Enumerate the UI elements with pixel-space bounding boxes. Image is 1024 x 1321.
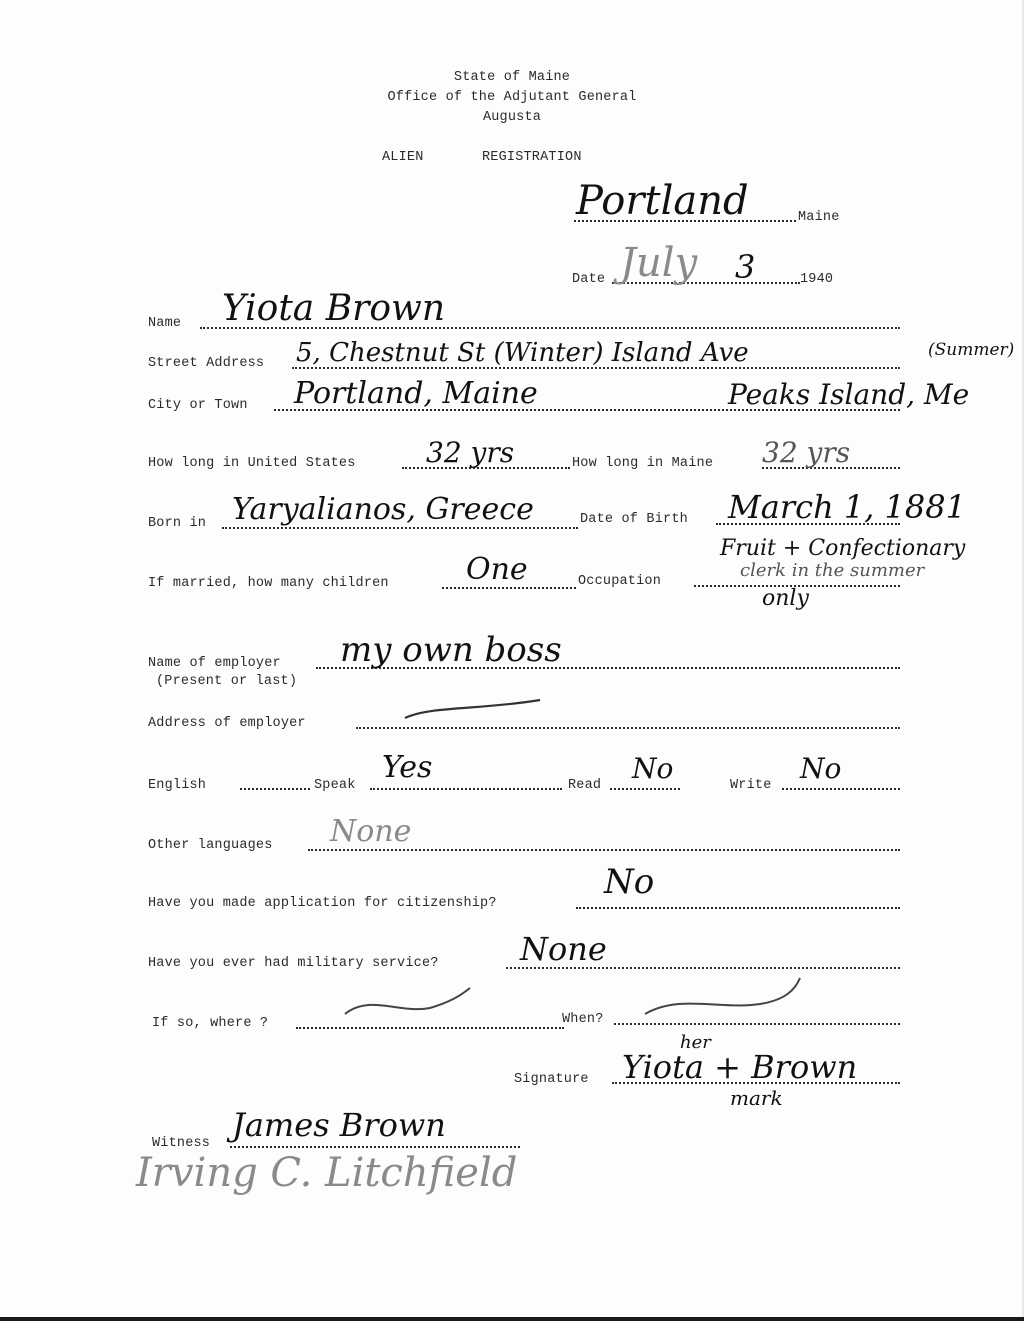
english-read-label: Read (568, 778, 601, 794)
occupation-line3: only (762, 586, 809, 611)
dob-value[interactable]: March 1, 1881 (728, 488, 966, 526)
employer-sublabel: (Present or last) (156, 674, 297, 690)
occupation-line2: clerk in the summer (740, 560, 924, 581)
children-value[interactable]: One (466, 552, 528, 587)
place-suffix: Maine (798, 210, 840, 226)
english-dotted-line (240, 784, 310, 790)
date-year: 1940 (800, 272, 833, 288)
english-write-label: Write (730, 778, 772, 794)
signature-below: mark (730, 1086, 783, 1110)
english-speak-label: Speak (314, 778, 356, 794)
date-day: 3 (735, 248, 755, 286)
employer-value[interactable]: my own boss (340, 630, 562, 670)
where-label: If so, where ? (152, 1016, 268, 1032)
citizenship-value[interactable]: No (604, 862, 654, 902)
employer-label: Name of employer (148, 656, 281, 672)
witness-value-2: Irving C. Litchfield (136, 1150, 517, 1196)
citizenship-label: Have you made application for citizenshi… (148, 896, 497, 912)
english-write-value[interactable]: No (800, 752, 841, 785)
other-languages-value[interactable]: None (330, 814, 411, 849)
years-us-label: How long in United States (148, 456, 356, 472)
place-value: Portland (576, 178, 749, 224)
date-month: July (620, 240, 697, 286)
children-label: If married, how many children (148, 576, 389, 592)
street-label: Street Address (148, 356, 264, 372)
born-in-label: Born in (148, 516, 206, 532)
occupation-line1[interactable]: Fruit + Confectionary (720, 536, 965, 561)
military-value[interactable]: None (520, 930, 607, 968)
city-value-2[interactable]: Peaks Island, Me (728, 378, 969, 411)
street-note: (Summer) (928, 340, 1014, 360)
years-maine-value[interactable]: 32 yrs (762, 436, 850, 469)
occupation-label: Occupation (578, 574, 661, 590)
english-speak-value[interactable]: Yes (382, 750, 432, 785)
name-value[interactable]: Yiota Brown (222, 288, 445, 329)
where-dotted-line (296, 1023, 564, 1029)
military-label: Have you ever had military service? (148, 956, 439, 972)
page-bottom-border (0, 1317, 1024, 1321)
when-dash-mark (640, 974, 810, 1020)
english-label: English (148, 778, 206, 794)
signature-value[interactable]: Yiota + Brown (622, 1048, 857, 1086)
other-languages-label: Other languages (148, 838, 273, 854)
when-label: When? (562, 1012, 604, 1028)
signature-label: Signature (514, 1072, 589, 1088)
header-city: Augusta (0, 110, 1024, 126)
street-value[interactable]: 5, Chestnut St (Winter) Island Ave (296, 338, 749, 368)
where-dash-mark (340, 984, 480, 1020)
title-alien: ALIEN (382, 150, 424, 166)
title-registration: REGISTRATION (482, 150, 582, 166)
name-label: Name (148, 316, 181, 332)
born-in-value[interactable]: Yaryalianos, Greece (232, 492, 534, 527)
dob-label: Date of Birth (580, 512, 688, 528)
employer-address-label: Address of employer (148, 716, 306, 732)
city-value[interactable]: Portland, Maine (294, 376, 538, 411)
years-maine-label: How long in Maine (572, 456, 713, 472)
witness-value[interactable]: James Brown (232, 1106, 446, 1144)
date-label: Date (572, 272, 605, 288)
citizenship-dotted-line (576, 903, 900, 909)
years-us-value[interactable]: 32 yrs (426, 436, 514, 469)
header-state: State of Maine (0, 70, 1024, 86)
header-office: Office of the Adjutant General (0, 90, 1024, 106)
english-read-value[interactable]: No (632, 752, 673, 785)
employer-address-dash-mark (400, 696, 550, 726)
city-label: City or Town (148, 398, 248, 414)
